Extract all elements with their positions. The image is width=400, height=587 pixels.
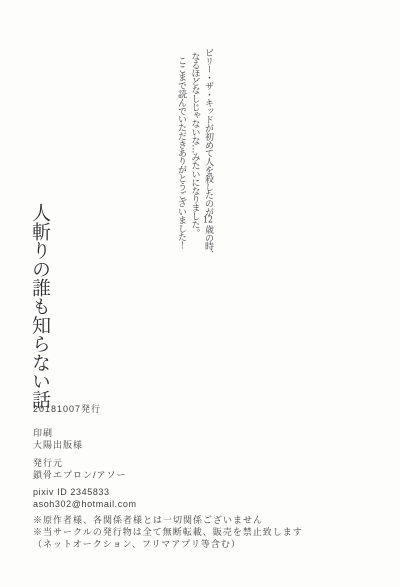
pixiv-id: pixiv ID 2345833 [33, 486, 303, 498]
afterword-column-1: ビリー・ザ・キッドが初めて人を殺したのが12歳の時、 [201, 48, 215, 278]
disclaimer-line: ※当サークルの発行物は全て無断転載、販売を禁止致します [33, 526, 303, 538]
afterword-line: 歳の時、 [203, 225, 213, 259]
afterword-line: なるほどなしじゃないな…みたいになりました。 [190, 52, 200, 237]
book-title: 人斬りの誰も知らない話 [29, 203, 51, 413]
disclaimer-notes: ※原作者様、各関係者様とは一切関係ございません ※当サークルの発行物は全て無断転… [33, 514, 303, 550]
afterword-number: 12 [203, 216, 213, 225]
contact-email: asoh302@hotmail.com [33, 498, 303, 510]
publication-info: 20181007発行 印刷 大陽出版様 発行元 鎖骨エプロン/アソー pixiv… [33, 403, 303, 550]
afterword-column-2: なるほどなしじゃないな…みたいになりました。 [187, 48, 201, 278]
disclaimer-line: ※原作者様、各関係者様とは一切関係ございません [33, 514, 303, 526]
colophon-page: ビリー・ザ・キッドが初めて人を殺したのが12歳の時、 なるほどなしじゃないな…み… [0, 0, 400, 587]
publisher-label: 発行元 [33, 457, 303, 469]
printer-label: 印刷 [33, 427, 303, 439]
publication-date: 20181007発行 [33, 403, 303, 415]
disclaimer-line: （ネットオークション、フリマアプリ等含む） [33, 538, 303, 550]
afterword-line: ビリー・ザ・キッドが初めて人を殺したのが [203, 48, 213, 216]
circle-author-name: 鎖骨エプロン/アソー [33, 469, 303, 481]
printer-name: 大陽出版様 [33, 439, 303, 451]
afterword-text: ビリー・ザ・キッドが初めて人を殺したのが12歳の時、 なるほどなしじゃないな…み… [174, 48, 215, 278]
afterword-line: ここまで読んでいただきありがとうございました！ [176, 56, 186, 249]
afterword-column-3: ここまで読んでいただきありがとうございました！ [174, 48, 188, 278]
